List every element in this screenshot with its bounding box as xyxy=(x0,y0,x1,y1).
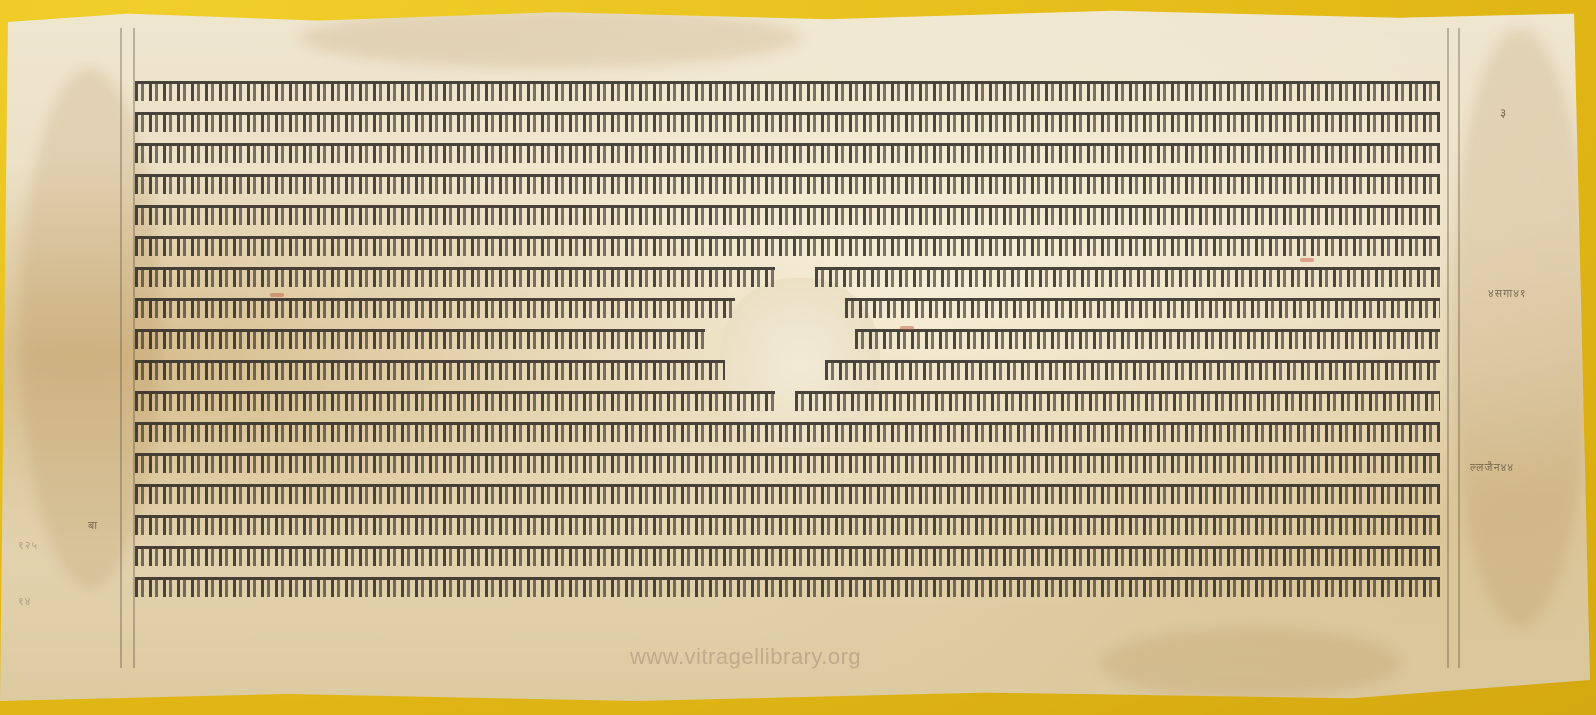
right-margin-note: ल्लजैन४४ xyxy=(1470,460,1514,475)
red-ink-mark xyxy=(900,326,914,330)
left-margin-rule xyxy=(120,28,122,668)
manuscript-line xyxy=(135,171,1440,197)
manuscript-line xyxy=(135,78,1440,104)
manuscript-line xyxy=(135,295,1440,321)
manuscript-line xyxy=(135,543,1440,569)
paper-stain xyxy=(1450,28,1590,628)
right-margin-rule-outer xyxy=(1458,28,1460,668)
right-margin-rule xyxy=(1447,28,1449,668)
manuscript-line xyxy=(135,574,1440,600)
manuscript-line xyxy=(135,233,1440,259)
left-margin-note: बा xyxy=(88,518,98,533)
watermark: www.vitragellibrary.org xyxy=(630,644,861,670)
manuscript-line xyxy=(135,481,1440,507)
manuscript-line xyxy=(135,326,1440,352)
red-ink-mark xyxy=(270,293,284,297)
manuscript-folio: ३ ४सगा४१ ल्लजैन४४ बा १२५ १४ www.vitragel… xyxy=(0,8,1590,708)
right-margin-note: ४सगा४१ xyxy=(1488,286,1527,301)
paper-stain xyxy=(1100,628,1400,698)
red-ink-mark xyxy=(1300,258,1314,262)
left-margin-note: १४ xyxy=(18,594,31,609)
text-block xyxy=(135,78,1440,638)
manuscript-line xyxy=(135,109,1440,135)
folio-number: ३ xyxy=(1500,104,1506,121)
manuscript-line xyxy=(135,512,1440,538)
manuscript-line xyxy=(135,450,1440,476)
manuscript-line xyxy=(135,357,1440,383)
manuscript-line xyxy=(135,140,1440,166)
manuscript-line xyxy=(135,202,1440,228)
manuscript-line xyxy=(135,264,1440,290)
manuscript-line xyxy=(135,388,1440,414)
manuscript-line xyxy=(135,419,1440,445)
left-margin-note: १२५ xyxy=(18,538,38,553)
